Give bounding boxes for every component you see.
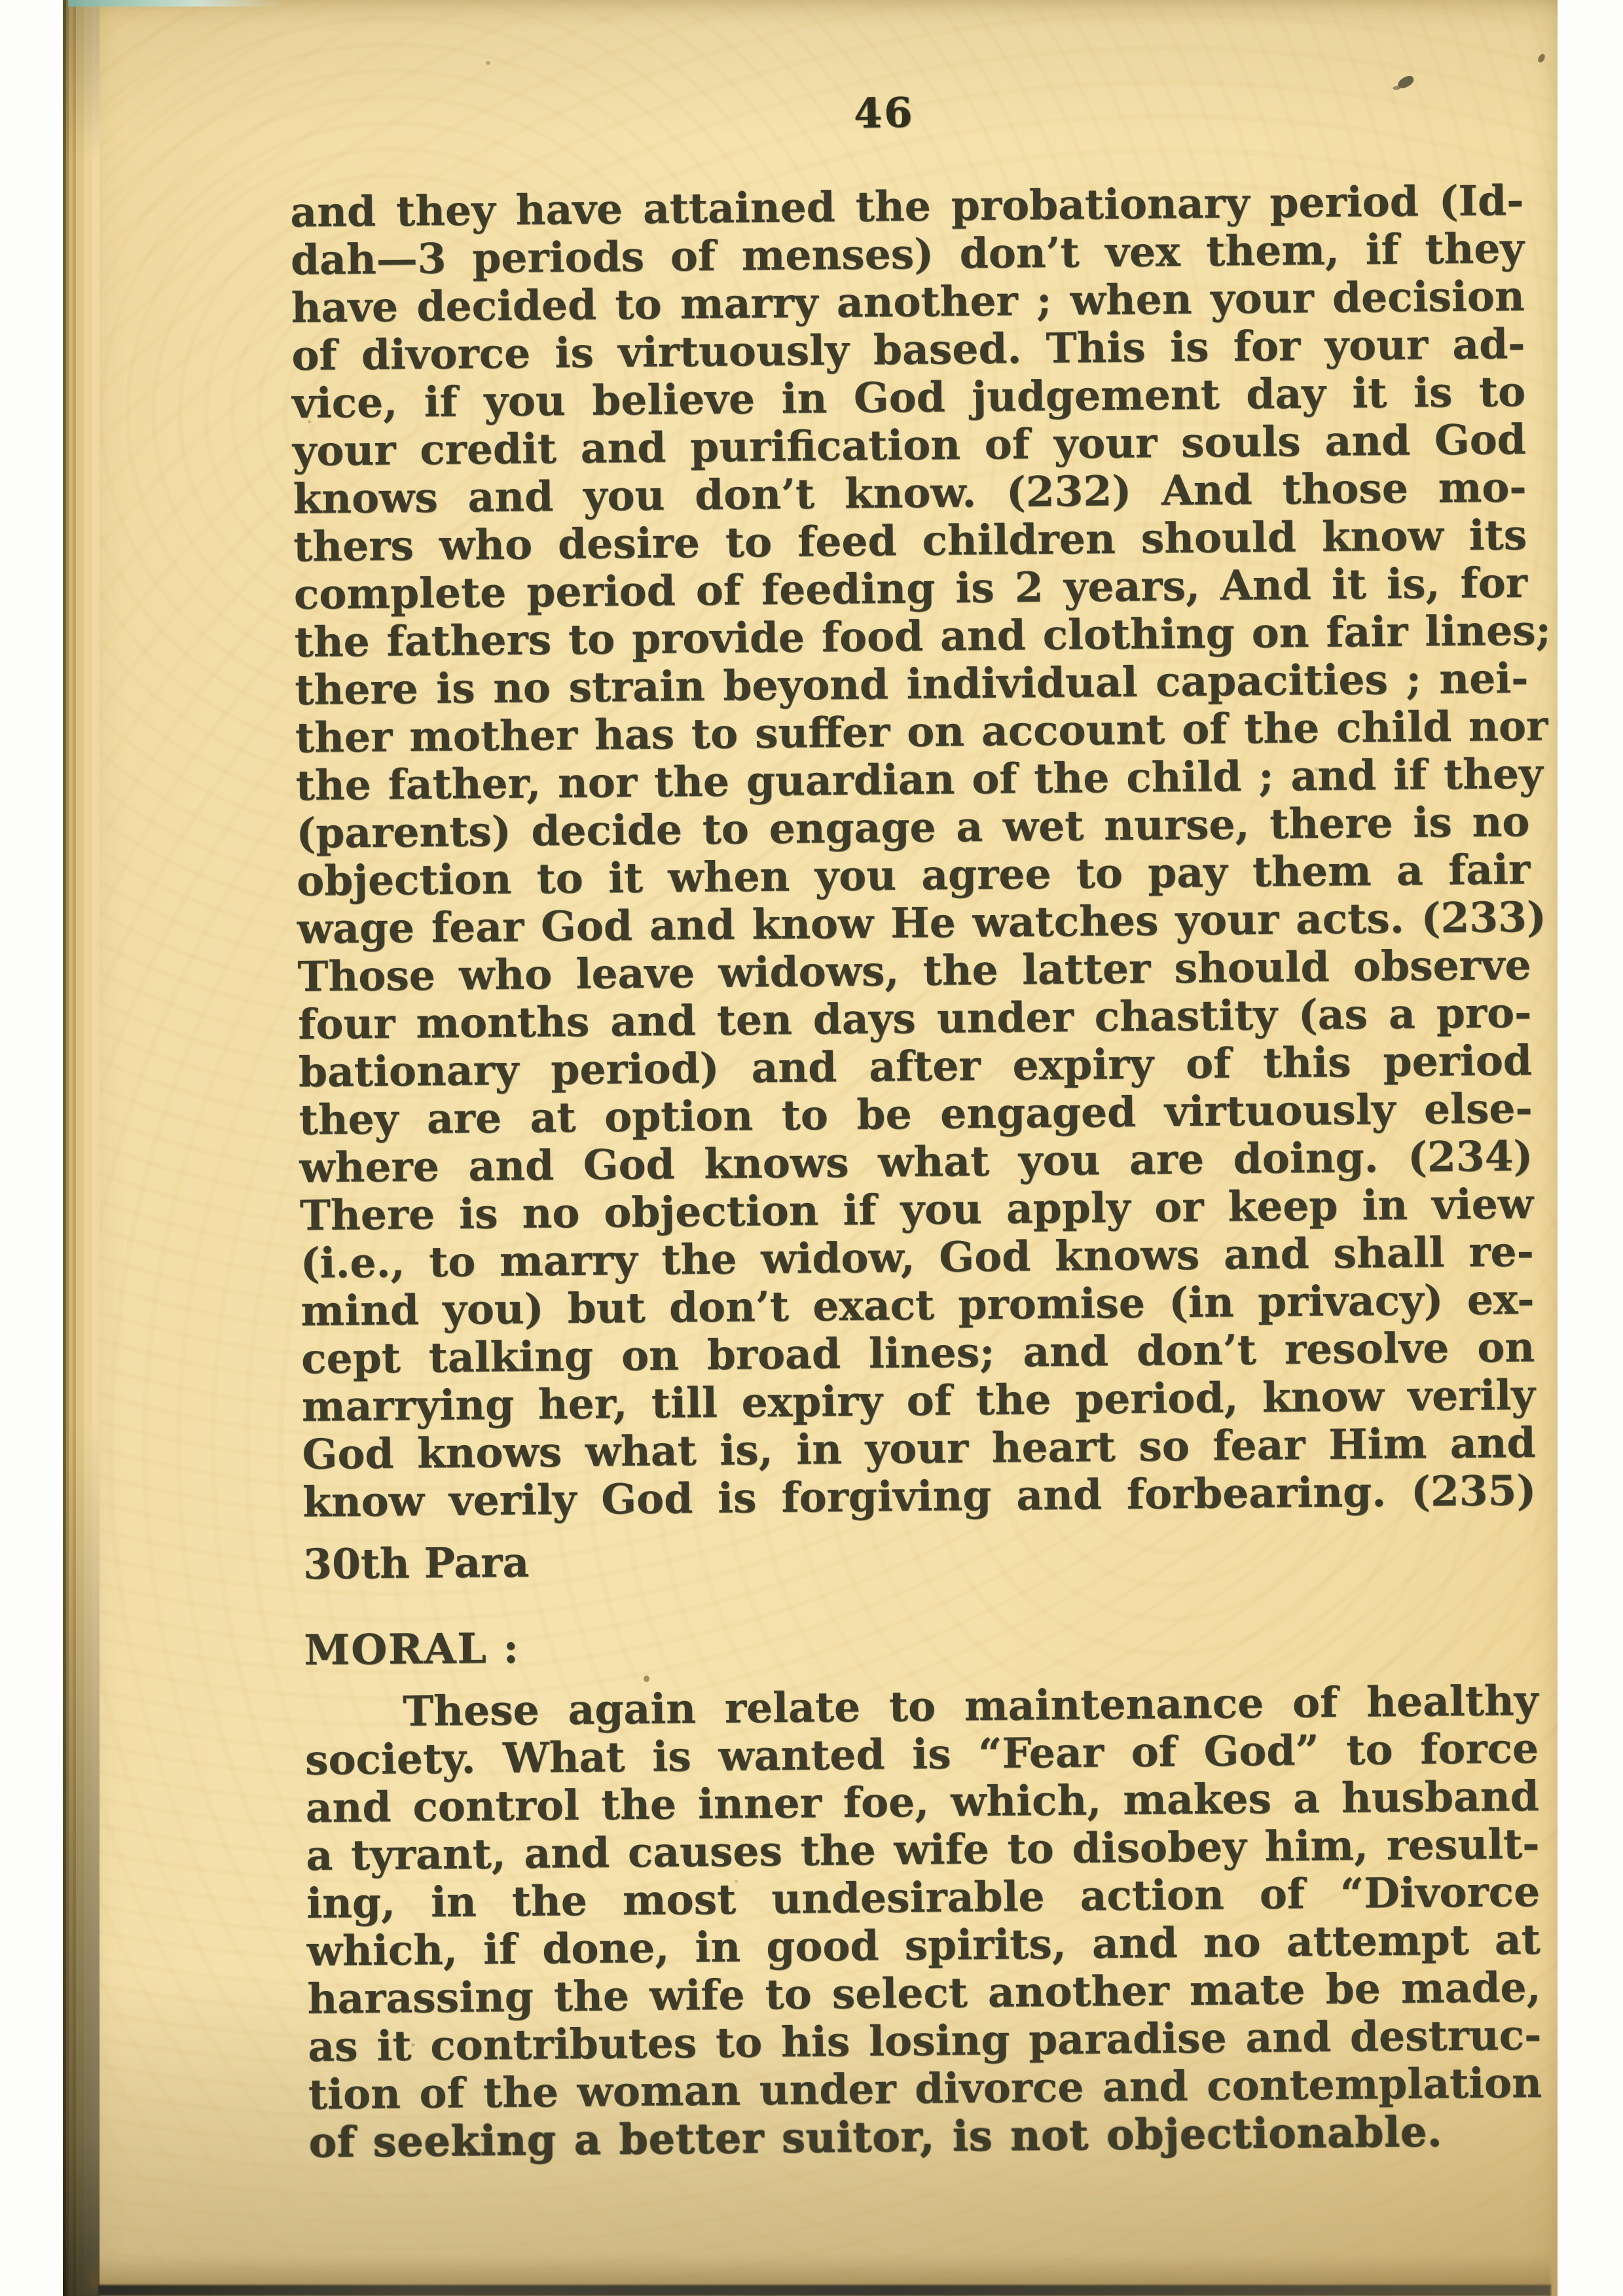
text-line: know verily God is forgiving and forbear… — [302, 1467, 1537, 1526]
page-number: 46 — [853, 88, 915, 137]
scan-artifact-teal — [68, 0, 284, 7]
scanned-book-page: 46 and they have attained the probationa… — [0, 0, 1623, 2296]
paper-speck — [486, 61, 490, 65]
moral-paragraph: These again relate to maintenance of hea… — [304, 1677, 1542, 2166]
page-bottom-shadow — [89, 2254, 1551, 2288]
moral-heading: MORAL : — [304, 1615, 1538, 1674]
text-column: and they have attained the probationary … — [290, 177, 1542, 2166]
page-edge-strips — [63, 0, 100, 2296]
para-marker: 30th Para — [303, 1529, 1537, 1588]
next-page-edge — [98, 2285, 1551, 2296]
verse-paragraph: and they have attained the probationary … — [290, 177, 1537, 1526]
